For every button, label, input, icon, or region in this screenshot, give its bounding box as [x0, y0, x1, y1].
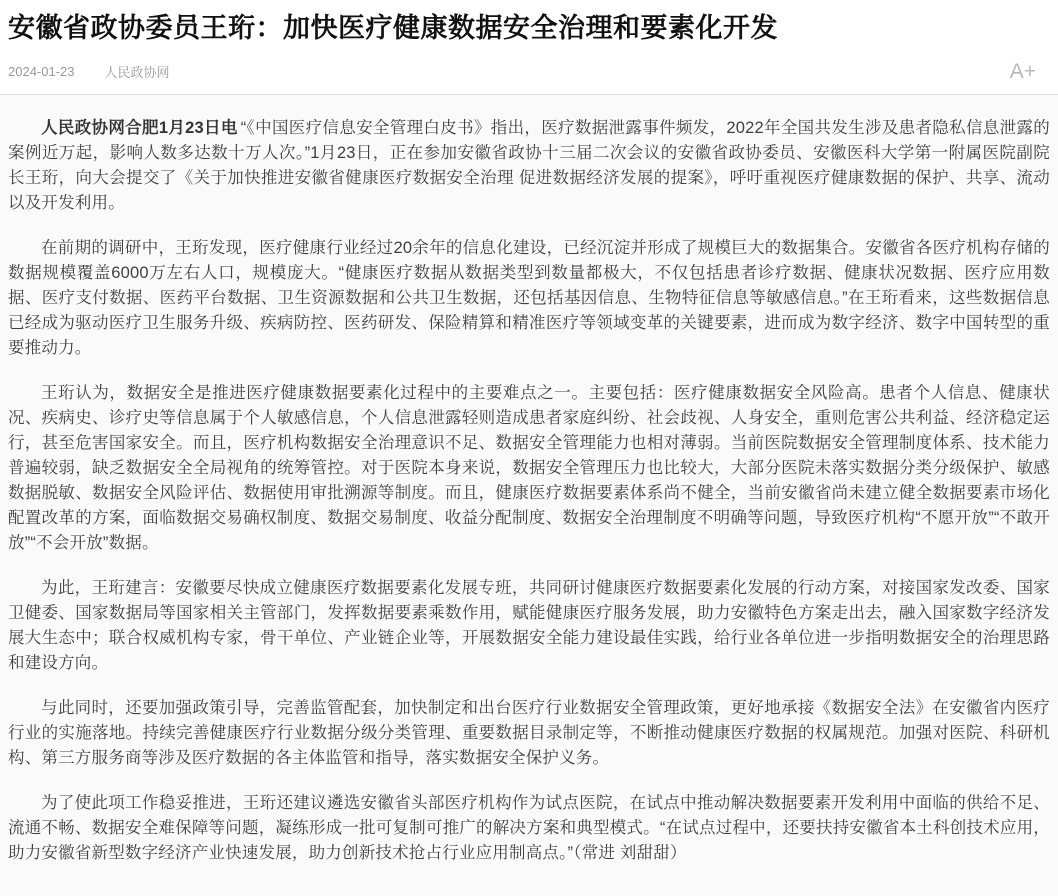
paragraph: 为此，王珩建言：安徽要尽快成立健康医疗数据要素化发展专班，共同研讨健康医疗数据要… [8, 576, 1050, 676]
article-header: 安徽省政协委员王珩：加快医疗健康数据安全治理和要素化开发 2024-01-23 … [0, 0, 1058, 95]
source-name: 人民政协网 [105, 62, 170, 81]
paragraph: 王珩认为，数据安全是推进医疗健康数据要素化过程中的主要难点之一。主要包括：医疗健… [8, 381, 1050, 556]
paragraph: 在前期的调研中，王珩发现，医疗健康行业经过20余年的信息化建设，已经沉淀并形成了… [8, 236, 1050, 361]
paragraph-dateline: 人民政协网合肥1月23日电“《中国医疗信息安全管理白皮书》指出，医疗数据泄露事件… [8, 116, 1050, 216]
paragraph: 与此同时，还要加强政策引导，完善监管配套，加快制定和出台医疗行业数据安全管理政策… [8, 696, 1050, 771]
publish-date: 2024-01-23 [8, 64, 75, 79]
paragraph: 为了使此项工作稳妥推进，王珩还建议遴选安徽省头部医疗机构作为试点医院，在试点中推… [8, 791, 1050, 866]
meta-row: 2024-01-23 人民政协网 A+ [8, 61, 1050, 94]
dateline: 人民政协网合肥1月23日电 [41, 119, 238, 137]
article-page: 安徽省政协委员王珩：加快医疗健康数据安全治理和要素化开发 2024-01-23 … [0, 0, 1058, 896]
article-body: 人民政协网合肥1月23日电“《中国医疗信息安全管理白皮书》指出，医疗数据泄露事件… [0, 95, 1058, 896]
page-title: 安徽省政协委员王珩：加快医疗健康数据安全治理和要素化开发 [8, 10, 1050, 46]
font-increase-button[interactable]: A+ [1010, 61, 1036, 82]
